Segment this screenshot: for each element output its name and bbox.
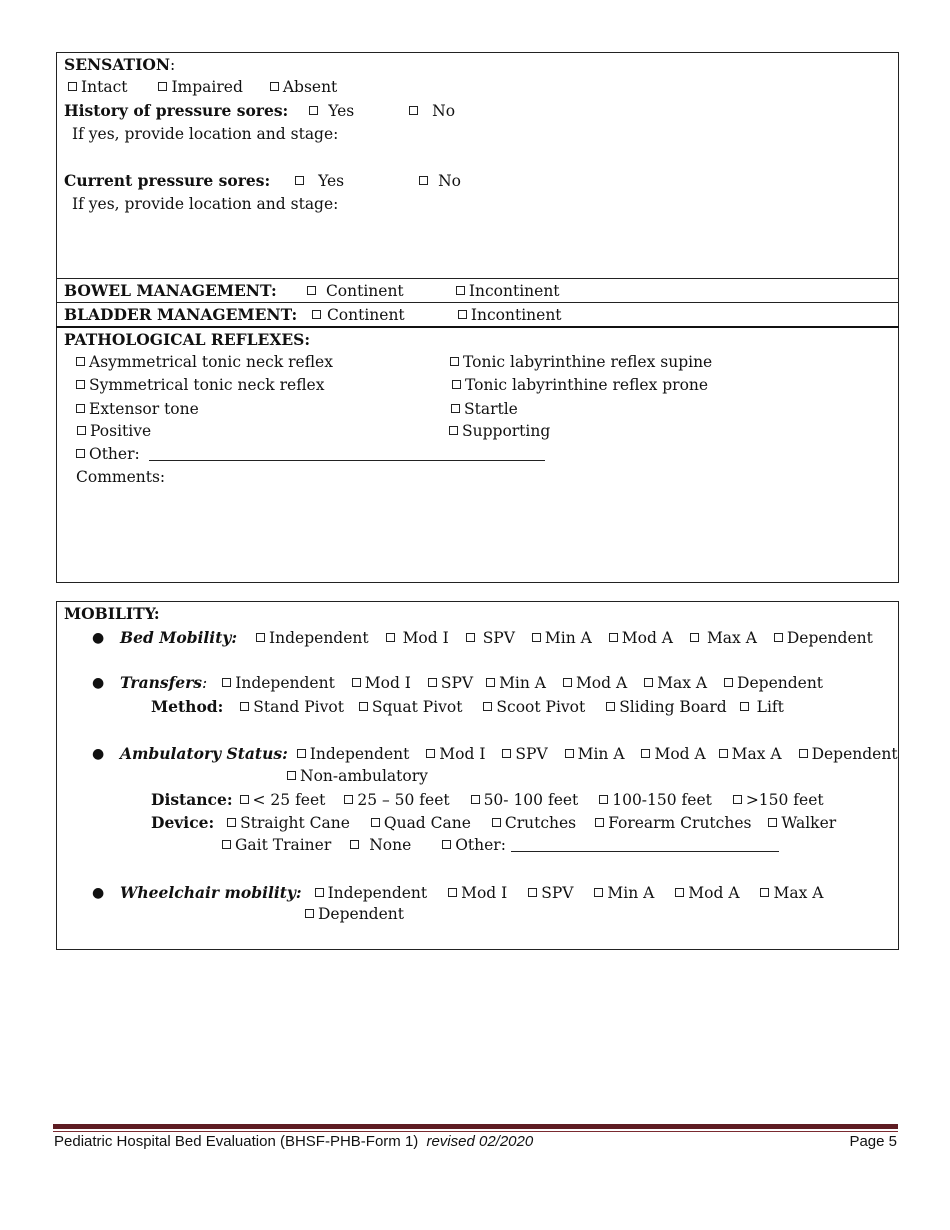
bowel-incontinent-option[interactable]: Incontinent xyxy=(456,284,560,300)
checkbox-icon[interactable] xyxy=(456,286,465,295)
checkbox-icon[interactable] xyxy=(774,633,783,642)
bed-option[interactable]: Independent xyxy=(256,631,369,647)
bed-option[interactable]: Min A xyxy=(532,631,592,647)
checkbox-icon[interactable] xyxy=(76,449,85,458)
wheelchair-mobility-row: Wheelchair mobility: Independent Mod I S… xyxy=(120,885,823,902)
checkbox-icon[interactable] xyxy=(448,888,457,897)
reflex-option[interactable]: Positive xyxy=(77,424,151,440)
checkbox-icon[interactable] xyxy=(240,702,249,711)
bed-option[interactable]: Mod I xyxy=(386,631,449,647)
footer-page-number: Page 5 xyxy=(849,1134,897,1149)
transfer-option[interactable]: Mod A xyxy=(563,676,627,692)
checkbox-icon[interactable] xyxy=(563,678,572,687)
checkbox-icon[interactable] xyxy=(227,818,236,827)
distance-option[interactable]: 100-150 feet xyxy=(599,793,712,809)
checkbox-icon[interactable] xyxy=(532,633,541,642)
wheelchair-dependent-option[interactable]: Dependent xyxy=(305,907,404,923)
checkbox-icon[interactable] xyxy=(450,357,459,366)
ambulatory-option[interactable]: Mod I xyxy=(426,747,485,763)
device-option[interactable]: Gait Trainer xyxy=(222,838,331,854)
device-row: Device: Straight Cane Quad Cane Crutches… xyxy=(151,815,836,832)
reflex-comments-input[interactable] xyxy=(76,490,886,575)
divider xyxy=(56,278,899,279)
checkbox-icon[interactable] xyxy=(315,888,324,897)
checkbox-icon[interactable] xyxy=(599,795,608,804)
reflex-option[interactable]: Tonic labyrinthine reflex supine xyxy=(450,355,712,371)
method-option[interactable]: Stand Pivot xyxy=(240,700,344,716)
current-pressure-sores-label: Current pressure sores: xyxy=(64,171,270,190)
checkbox-icon[interactable] xyxy=(740,702,749,711)
checkbox-icon[interactable] xyxy=(595,818,604,827)
checkbox-icon[interactable] xyxy=(675,888,684,897)
checkbox-icon[interactable] xyxy=(719,749,728,758)
distance-option[interactable]: 50- 100 feet xyxy=(471,793,579,809)
checkbox-icon[interactable] xyxy=(409,106,418,115)
checkbox-icon[interactable] xyxy=(307,286,316,295)
checkbox-icon[interactable] xyxy=(449,426,458,435)
history-pressure-sores-label: History of pressure sores: xyxy=(64,101,288,120)
bed-option[interactable]: Dependent xyxy=(774,631,873,647)
checkbox-icon[interactable] xyxy=(287,771,296,780)
device-option[interactable]: Walker xyxy=(768,816,836,832)
checkbox-icon[interactable] xyxy=(76,357,85,366)
bowel-continent-option[interactable]: Continent xyxy=(307,284,451,300)
device-option[interactable]: Straight Cane xyxy=(227,816,350,832)
method-option[interactable]: Squat Pivot xyxy=(359,700,463,716)
device-option[interactable]: Quad Cane xyxy=(371,816,471,832)
ambulatory-status-label: Ambulatory Status: xyxy=(120,744,288,763)
device-option[interactable]: Forearm Crutches xyxy=(595,816,751,832)
distance-row: Distance: < 25 feet 25 – 50 feet 50- 100… xyxy=(151,792,824,809)
bed-option[interactable]: SPV xyxy=(466,631,515,647)
checkbox-icon[interactable] xyxy=(644,678,653,687)
checkbox-icon[interactable] xyxy=(426,749,435,758)
checkbox-icon[interactable] xyxy=(256,633,265,642)
transfer-method-row: Method: Stand Pivot Squat Pivot Scoot Pi… xyxy=(151,699,784,716)
sensation-absent-option[interactable]: Absent xyxy=(270,80,337,96)
checkbox-icon[interactable] xyxy=(222,678,231,687)
current-location-prompt: If yes, provide location and stage: xyxy=(72,197,338,213)
transfers-label: Transfers xyxy=(120,673,202,692)
footer-rule xyxy=(53,1124,898,1129)
bladder-incontinent-option[interactable]: Incontinent xyxy=(458,308,562,324)
checkbox-icon[interactable] xyxy=(458,310,467,319)
checkbox-icon[interactable] xyxy=(76,380,85,389)
wheelchair-option[interactable]: Max A xyxy=(760,886,823,902)
checkbox-icon[interactable] xyxy=(486,678,495,687)
checkbox-icon[interactable] xyxy=(240,795,249,804)
ambulatory-option[interactable]: Max A xyxy=(719,747,782,763)
transfer-option[interactable]: SPV xyxy=(428,676,473,692)
sensation-impaired-option[interactable]: Impaired xyxy=(158,80,242,96)
distance-label: Distance: xyxy=(151,790,233,809)
checkbox-icon[interactable] xyxy=(733,795,742,804)
checkbox-icon[interactable] xyxy=(344,795,353,804)
ambulatory-option[interactable]: Dependent xyxy=(799,747,898,763)
wheelchair-option[interactable]: Mod A xyxy=(675,886,739,902)
bladder-continent-option[interactable]: Continent xyxy=(312,308,453,324)
wheelchair-option[interactable]: Independent xyxy=(315,886,428,902)
ambulatory-option[interactable]: Independent xyxy=(297,747,410,763)
transfer-option[interactable]: Independent xyxy=(222,676,335,692)
distance-option[interactable]: 25 – 50 feet xyxy=(344,793,449,809)
checkbox-icon[interactable] xyxy=(350,840,359,849)
checkbox-icon[interactable] xyxy=(768,818,777,827)
method-option[interactable]: Sliding Board xyxy=(606,700,727,716)
device-label: Device: xyxy=(151,813,214,832)
current-pressure-sores-row: Current pressure sores: Yes No xyxy=(64,173,461,190)
sensation-intact-option[interactable]: Intact xyxy=(68,80,128,96)
sensation-title: SENSATION xyxy=(64,55,170,74)
bowel-management-label: BOWEL MANAGEMENT: xyxy=(64,283,302,299)
checkbox-icon[interactable] xyxy=(690,633,699,642)
wheelchair-option[interactable]: Mod I xyxy=(448,886,507,902)
divider xyxy=(56,302,899,303)
checkbox-icon[interactable] xyxy=(492,818,501,827)
checkbox-icon[interactable] xyxy=(452,380,461,389)
checkbox-icon[interactable] xyxy=(359,702,368,711)
bullet-icon: ● xyxy=(92,746,104,762)
checkbox-icon[interactable] xyxy=(799,749,808,758)
checkbox-icon[interactable] xyxy=(606,702,615,711)
checkbox-icon[interactable] xyxy=(309,106,318,115)
checkbox-icon[interactable] xyxy=(305,909,314,918)
footer-revised: revised 02/2020 xyxy=(426,1133,533,1150)
checkbox-icon[interactable] xyxy=(222,840,231,849)
bed-option[interactable]: Max A xyxy=(690,631,757,647)
wheelchair-mobility-label: Wheelchair mobility: xyxy=(120,883,302,902)
divider xyxy=(56,326,899,328)
checkbox-icon[interactable] xyxy=(297,749,306,758)
sensation-heading: SENSATION: xyxy=(64,57,175,74)
transfer-method-label: Method: xyxy=(151,697,223,716)
bullet-icon: ● xyxy=(92,630,104,646)
checkbox-icon[interactable] xyxy=(352,678,361,687)
mobility-title: MOBILITY: xyxy=(64,606,160,622)
checkbox-icon[interactable] xyxy=(565,749,574,758)
device-row-2: Gait Trainer None Other: xyxy=(222,838,779,854)
reflex-comments-label: Comments: xyxy=(76,470,165,486)
current-yes-option[interactable]: Yes xyxy=(295,174,344,190)
wheelchair-option[interactable]: SPV xyxy=(528,886,573,902)
checkbox-icon[interactable] xyxy=(442,840,451,849)
bladder-management-row: BLADDER MANAGEMENT: Continent Incontinen… xyxy=(64,307,562,324)
reflex-other-row: Other: xyxy=(76,447,545,463)
checkbox-icon[interactable] xyxy=(76,404,85,413)
transfer-option[interactable]: Dependent xyxy=(724,676,823,692)
pathological-reflexes-title: PATHOLOGICAL REFLEXES: xyxy=(64,332,310,348)
method-option[interactable]: Lift xyxy=(740,700,784,716)
transfer-option[interactable]: Mod I xyxy=(352,676,411,692)
bullet-icon: ● xyxy=(92,885,104,901)
checkbox-icon[interactable] xyxy=(724,678,733,687)
checkbox-icon[interactable] xyxy=(471,795,480,804)
bed-mobility-row: Bed Mobility: Independent Mod I SPV Min … xyxy=(120,630,873,647)
checkbox-icon[interactable] xyxy=(312,310,321,319)
distance-option[interactable]: >150 feet xyxy=(733,793,824,809)
checkbox-icon[interactable] xyxy=(295,176,304,185)
reflex-option[interactable]: Asymmetrical tonic neck reflex xyxy=(76,355,333,371)
checkbox-icon[interactable] xyxy=(77,426,86,435)
bowel-management-row: BOWEL MANAGEMENT: Continent Incontinent xyxy=(64,283,560,300)
device-other-input[interactable] xyxy=(511,839,779,852)
checkbox-icon[interactable] xyxy=(419,176,428,185)
transfers-row: Transfers: Independent Mod I SPV Min A M… xyxy=(120,675,823,692)
checkbox-icon[interactable] xyxy=(528,888,537,897)
device-other-option[interactable]: Other: xyxy=(442,838,506,854)
checkbox-icon[interactable] xyxy=(641,749,650,758)
transfer-option[interactable]: Max A xyxy=(644,676,707,692)
ambulatory-option[interactable]: SPV xyxy=(502,747,547,763)
ambulatory-option[interactable]: Mod A xyxy=(641,747,705,763)
reflex-option[interactable]: Extensor tone xyxy=(76,402,199,418)
reflex-option[interactable]: Symmetrical tonic neck reflex xyxy=(76,378,324,394)
checkbox-icon[interactable] xyxy=(466,633,475,642)
checkbox-icon[interactable] xyxy=(502,749,511,758)
ambulatory-status-row: Ambulatory Status: Independent Mod I SPV… xyxy=(120,746,898,763)
method-option[interactable]: Scoot Pivot xyxy=(483,700,585,716)
checkbox-icon[interactable] xyxy=(760,888,769,897)
current-no-option[interactable]: No xyxy=(419,174,461,190)
reflex-option[interactable]: Supporting xyxy=(449,424,550,440)
transfer-option[interactable]: Min A xyxy=(486,676,546,692)
checkbox-icon[interactable] xyxy=(609,633,618,642)
checkbox-icon[interactable] xyxy=(158,82,167,91)
checkbox-icon[interactable] xyxy=(483,702,492,711)
ambulatory-option[interactable]: Min A xyxy=(565,747,625,763)
distance-option[interactable]: < 25 feet xyxy=(240,793,326,809)
history-location-prompt: If yes, provide location and stage: xyxy=(72,127,338,143)
reflex-other-input[interactable] xyxy=(149,448,545,461)
history-yes-option[interactable]: Yes xyxy=(309,104,354,120)
checkbox-icon[interactable] xyxy=(68,82,77,91)
history-pressure-sores-row: History of pressure sores: Yes No xyxy=(64,103,455,120)
checkbox-icon[interactable] xyxy=(386,633,395,642)
bed-mobility-label: Bed Mobility: xyxy=(120,628,237,647)
checkbox-icon[interactable] xyxy=(428,678,437,687)
reflex-option[interactable]: Startle xyxy=(451,402,518,418)
sensation-options: Intact Impaired Absent xyxy=(68,80,337,96)
bladder-management-label: BLADDER MANAGEMENT: xyxy=(64,307,307,323)
wheelchair-option[interactable]: Min A xyxy=(594,886,654,902)
history-no-option[interactable]: No xyxy=(409,104,455,120)
bullet-icon: ● xyxy=(92,675,104,691)
non-ambulatory-option[interactable]: Non-ambulatory xyxy=(287,769,428,785)
bed-option[interactable]: Mod A xyxy=(609,631,673,647)
footer-form-title: Pediatric Hospital Bed Evaluation (BHSF-… xyxy=(54,1134,533,1149)
checkbox-icon[interactable] xyxy=(451,404,460,413)
device-option[interactable]: Crutches xyxy=(492,816,576,832)
device-option[interactable]: None xyxy=(350,838,411,854)
reflex-option[interactable]: Tonic labyrinthine reflex prone xyxy=(452,378,708,394)
footer-rule-thin xyxy=(53,1131,898,1132)
checkbox-icon[interactable] xyxy=(594,888,603,897)
checkbox-icon[interactable] xyxy=(270,82,279,91)
checkbox-icon[interactable] xyxy=(371,818,380,827)
